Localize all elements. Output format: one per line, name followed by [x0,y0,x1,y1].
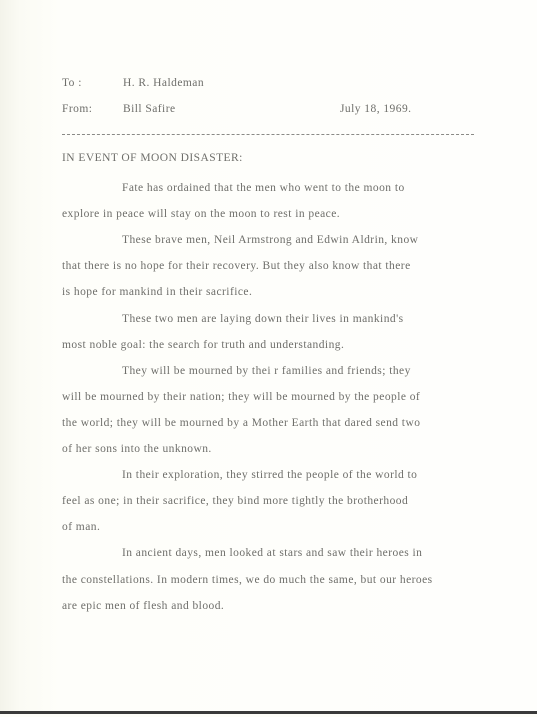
memo-page: To : H. R. Haldeman From: Bill Safire Ju… [0,0,537,714]
from-label: From: [62,102,92,116]
paragraph-line: will be mourned by their nation; they wi… [62,390,420,404]
paragraph-line: the world; they will be mourned by a Mot… [62,416,420,430]
paragraph-line: of her sons into the unknown. [62,442,212,456]
paragraph-first-line: These two men are laying down their live… [122,312,404,326]
page-bottom-edge [0,711,537,714]
paragraph-first-line: In their exploration, they stirred the p… [122,468,417,482]
paragraph-first-line: Fate has ordained that the men who went … [122,181,405,195]
memo-date: July 18, 1969. [340,102,411,116]
paragraph-line: is hope for mankind in their sacrifice. [62,285,252,299]
paragraph-line: of man. [62,520,100,534]
paragraph-first-line: They will be mourned by thei r families … [122,364,411,378]
paragraph-line: the constellations. In modern times, we … [62,573,433,587]
to-label: To : [62,76,82,90]
paragraph-line: feel as one; in their sacrifice, they bi… [62,494,408,508]
paragraph-line: that there is no hope for their recovery… [62,259,411,273]
memo-heading: IN EVENT OF MOON DISASTER: [62,151,243,165]
from-value: Bill Safire [123,102,176,116]
paragraph-line: are epic men of flesh and blood. [62,599,224,613]
paragraph-first-line: These brave men, Neil Armstrong and Edwi… [122,233,418,247]
dashed-divider [62,134,474,135]
to-value: H. R. Haldeman [123,76,204,90]
paragraph-first-line: In ancient days, men looked at stars and… [122,546,422,560]
paragraph-line: explore in peace will stay on the moon t… [62,207,340,221]
paragraph-line: most noble goal: the search for truth an… [62,338,344,352]
